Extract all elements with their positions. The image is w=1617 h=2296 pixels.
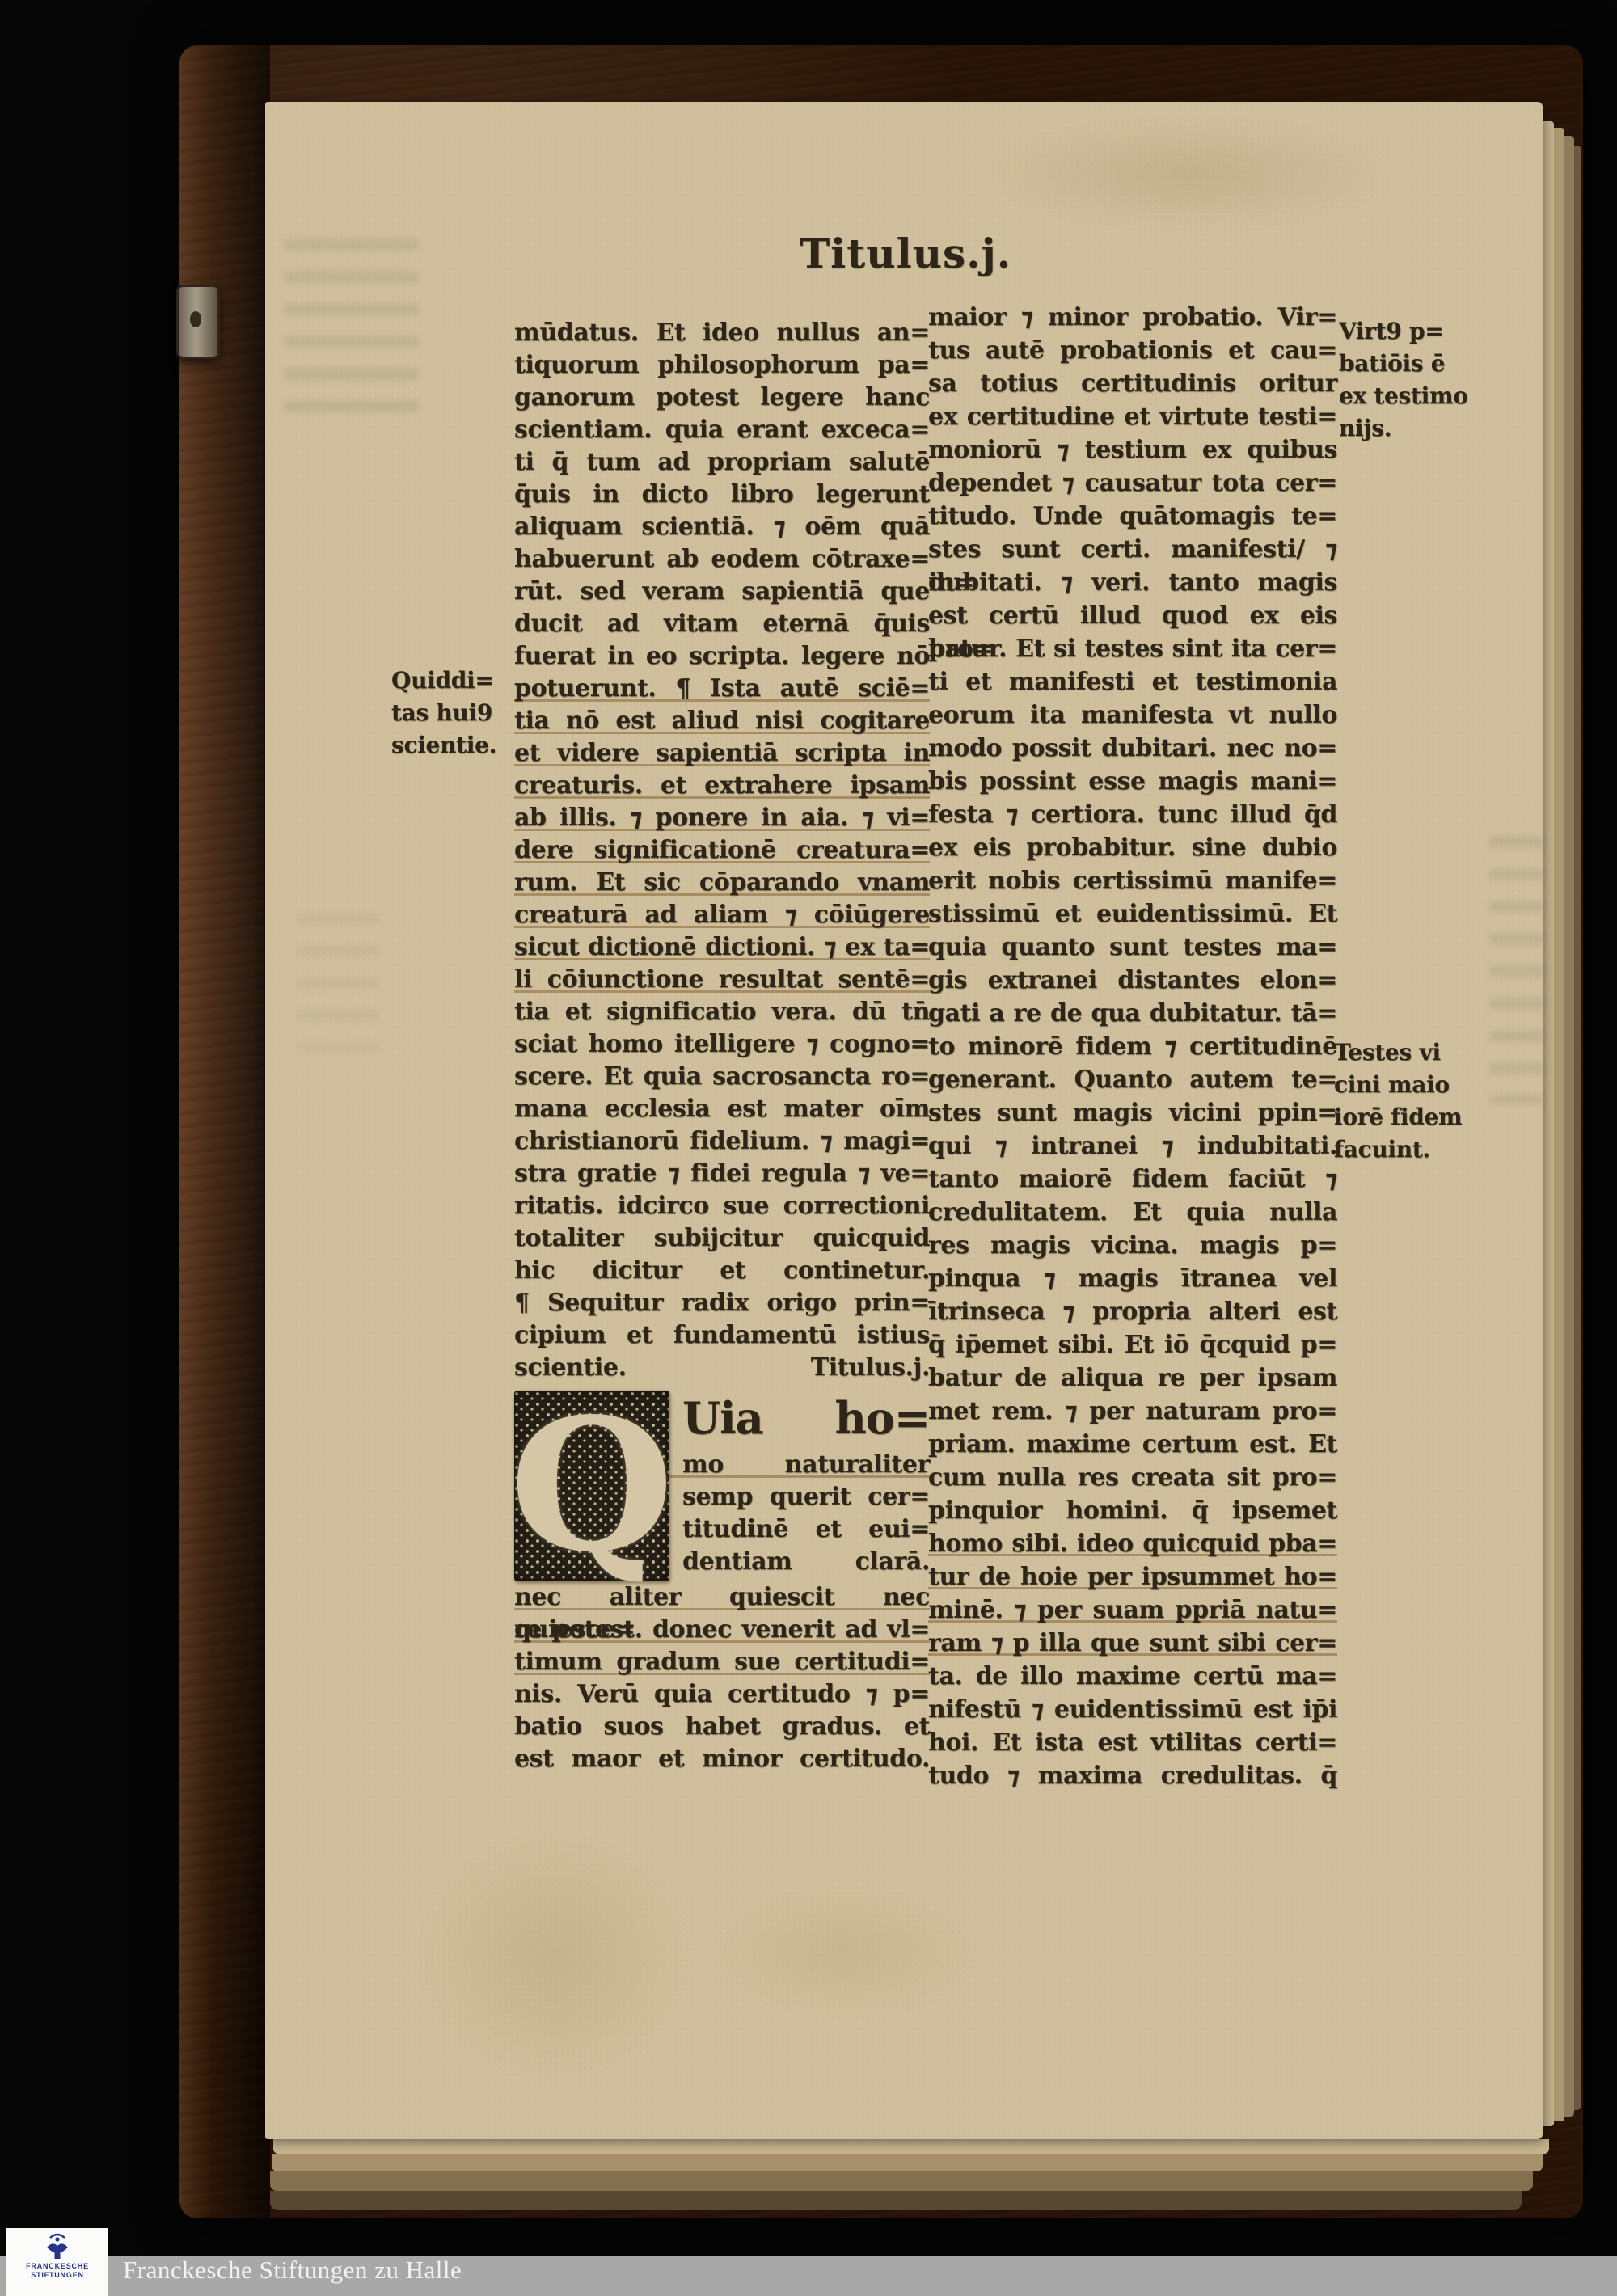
text-line: homo sibi. ideo quicquid pba=: [928, 1527, 1337, 1560]
logo-line2: STIFTUNGEN: [31, 2271, 84, 2279]
text-line: habuerunt ab eodem cōtraxe=: [514, 543, 930, 576]
margin-note-right-middle: Testes vicini maioiorē fidemfacuint.: [1334, 1036, 1536, 1166]
text-line: hoi. Et ista est vtilitas certi=: [928, 1726, 1337, 1759]
text-line: ex certitudine et virtute testi=: [928, 400, 1337, 433]
text-line: mana ecclesia est mater oīm: [514, 1093, 930, 1125]
text-line: nis. Verū quia certitudo ⁊ p=: [514, 1678, 930, 1711]
text-line: tia nō est aliud nisi cogitare: [514, 705, 930, 737]
text-line: ram ⁊ p illa que sunt sibi cer=: [928, 1627, 1337, 1660]
woodcut-initial: Q: [514, 1391, 669, 1581]
text-line: stissimū et euidentissimū. Et: [928, 897, 1337, 931]
text-line: stes sunt certi. manifesti/ ⁊ in=: [928, 533, 1337, 566]
text-line: ¶ Sequitur radix origo prin=: [514, 1287, 930, 1319]
text-line: nifestū ⁊ euidentissimū est ip̄i: [928, 1693, 1337, 1726]
text-line: tiquorum philosophorum pa=: [514, 349, 930, 382]
text-line: dependet ⁊ causatur tota cer=: [928, 466, 1337, 500]
page-edge-bottom: [270, 2191, 1522, 2210]
text-line: gis extranei distantes elon=: [928, 964, 1337, 997]
text-line: ex eis probabitur. sine dubio: [928, 831, 1337, 864]
bleedthrough-text: [298, 914, 378, 1051]
text-line: sa totius certitudinis oritur: [928, 367, 1337, 400]
text-line: stes sunt magis vicini ppin=: [928, 1096, 1337, 1129]
page-edge-bottom: [270, 2171, 1533, 2191]
text-line: res magis vicina. magis p=: [928, 1229, 1337, 1262]
bleedthrough-text: [285, 239, 418, 413]
text-line: minē. ⁊ per suam ppriā natu=: [928, 1593, 1337, 1627]
institution-logo: FRANCKESCHE STIFTUNGEN: [6, 2228, 108, 2296]
text-line: potuerunt. ¶ Ista autē sciē=: [514, 673, 930, 705]
text-line: ducit ad vitam eternā q̄uis: [514, 608, 930, 640]
text-line: christianorū fidelium. ⁊ magi=: [514, 1125, 930, 1158]
book-clasp: [176, 285, 220, 359]
initial-letter: Q: [509, 1391, 674, 1581]
scan-background: Titulus.j. Quiddi=tas hui9scientie. Virt…: [0, 0, 1617, 2296]
inline-title: Titulus.j.: [811, 1352, 930, 1384]
text-line: dubitati. ⁊ veri. tanto magis: [928, 566, 1337, 599]
text-line: ta. de illo maxime certū ma=: [928, 1660, 1337, 1693]
margin-note-left: Quiddi=tas hui9scientie.: [391, 665, 513, 762]
text-column-right: maior ⁊ minor probatio. Vir=tus autē pro…: [928, 301, 1337, 1792]
page-edge-right: [1554, 128, 1564, 2121]
text-line: ganorum potest legere hanc: [514, 382, 930, 414]
text-line: est certū illud quod ex eis pro=: [928, 599, 1337, 632]
column-lines: maior ⁊ minor probatio. Vir=tus autē pro…: [928, 301, 1337, 1792]
text-line: tia et significatio vera. dū tn̄: [514, 996, 930, 1028]
text-line: li cōiunctione resultat sentē=: [514, 964, 930, 996]
francke-emblem-icon: [44, 2232, 70, 2260]
page-edge-right: [1574, 146, 1581, 2110]
text-line: fuerat in eo scripta. legere nō: [514, 640, 930, 673]
page-edge-bottom: [272, 2154, 1543, 2171]
text-line: ab illis. ⁊ ponere in aia. ⁊ vi=: [514, 802, 930, 834]
text-line: quia quanto sunt testes ma=: [928, 931, 1337, 964]
text-line: totaliter subijcitur quicquid: [514, 1222, 930, 1255]
text-line: batiōis ē: [1339, 348, 1541, 380]
column-lines: mūdatus. Et ideo nullus an=tiquorum phil…: [514, 317, 930, 1352]
page-edge-bottom: [273, 2139, 1549, 2154]
logo-caption: FRANCKESCHE STIFTUNGEN: [26, 2262, 89, 2280]
text-line: sicut dictionē dictioni. ⁊ ex ta=: [514, 931, 930, 964]
text-line: tas hui9: [391, 697, 513, 729]
margin-note-right-top: Virt9 p=batiōis ēex testimonijs.: [1339, 315, 1541, 445]
paper-stain: [711, 1892, 978, 2013]
text-line: gati a re de qua dubitatur. tā=: [928, 997, 1337, 1030]
text-line: q̄ ip̄emet sibi. Et iō q̄cquid p=: [928, 1328, 1337, 1361]
text-line: ti q̄ tum ad propriam salutē: [514, 446, 930, 479]
text-line: festa ⁊ certiora. tunc illud q̄d: [928, 798, 1337, 831]
text-line: tudo ⁊ maxima credulitas. q̄: [928, 1759, 1337, 1792]
text-line: erit nobis certissimū manife=: [928, 864, 1337, 897]
text-line: cini maio: [1334, 1069, 1536, 1101]
text-line: Testes vi: [1334, 1036, 1536, 1069]
initial-section: Q Uia ho= mo naturalitersemp querit cer=…: [514, 1387, 930, 1775]
text-line: mūdatus. Et ideo nullus an=: [514, 317, 930, 349]
text-line: timum gradum sue certitudi=: [514, 1646, 930, 1678]
text-line: scientiam. quia erant exceca=: [514, 414, 930, 446]
text-line: rūt. sed veram sapientiā que: [514, 576, 930, 608]
text-line: met rem. ⁊ per naturam pro=: [928, 1395, 1337, 1428]
text-line: dere significationē creatura=: [514, 834, 930, 867]
text-line: eorum ita manifesta vt nullo: [928, 699, 1337, 732]
text-line: iorē fidem: [1334, 1101, 1536, 1133]
text-line: est maor et minor certitudo.: [514, 1743, 930, 1775]
text-line: to minorē fidem ⁊ certitudinē: [928, 1030, 1337, 1063]
text-line: sciat homo itelligere ⁊ cogno=: [514, 1028, 930, 1061]
text-line: aliquam scientiā. ⁊ oēm quā: [514, 511, 930, 543]
page-heading: Titulus.j.: [752, 231, 1059, 276]
text-line: modo possit dubitari. nec no=: [928, 732, 1337, 765]
text-line: hic dicitur et continetur.: [514, 1255, 930, 1287]
text-line: pinqua ⁊ magis ītranea vel: [928, 1262, 1337, 1295]
text-line: q̄uis in dicto libro legerunt: [514, 479, 930, 511]
text-line: cum nulla res creata sit pro=: [928, 1461, 1337, 1494]
page-edge-right: [1543, 121, 1554, 2126]
text-line: rum. Et sic cōparando vnam: [514, 867, 930, 899]
text-line: nijs.: [1339, 412, 1541, 445]
after-initial-lines: nec aliter quiescit nec quiesce=re potes…: [514, 1581, 930, 1775]
text-line: qui ⁊ intranei ⁊ indubitati.: [928, 1129, 1337, 1163]
text-line: batur. Et si testes sint ita cer=: [928, 632, 1337, 665]
text-column-left: mūdatus. Et ideo nullus an=tiquorum phil…: [514, 317, 930, 1775]
paper-stain: [420, 1835, 687, 2078]
text-line: ti et manifesti et testimonia: [928, 665, 1337, 699]
text-line: Virt9 p=: [1339, 315, 1541, 348]
text-line: ītrinseca ⁊ propria alteri est: [928, 1295, 1337, 1328]
text-line: tus autē probationis et cau=: [928, 334, 1337, 367]
text-line: tur de hoie per ipsummet ho=: [928, 1560, 1337, 1593]
text-line: pinquior homini. q̄ ipsemet: [928, 1494, 1337, 1527]
text-line: scere. Et quia sacrosancta ro=: [514, 1061, 930, 1093]
footer-label: Franckesche Stiftungen zu Halle: [123, 2256, 462, 2296]
text-line: tanto maiorē fidem faciūt ⁊: [928, 1163, 1337, 1196]
text-line: credulitatem. Et quia nulla: [928, 1196, 1337, 1229]
text-line: re potest. donec venerit ad vl=: [514, 1614, 930, 1646]
text-line: facuint.: [1334, 1133, 1536, 1166]
text-line: titudo. Unde quātomagis te=: [928, 500, 1337, 533]
text-line: stra gratie ⁊ fidei regula ⁊ ve=: [514, 1158, 930, 1190]
text-line: bis possint esse magis mani=: [928, 765, 1337, 798]
text-line: batur de aliqua re per ipsam: [928, 1361, 1337, 1395]
text-line: creaturā ad aliam ⁊ cōiūgere: [514, 899, 930, 931]
text-line: scientie.: [391, 729, 513, 762]
paper-stain: [986, 121, 1391, 226]
text-line: Quiddi=: [391, 665, 513, 697]
text-line: maior ⁊ minor probatio. Vir=: [928, 301, 1337, 334]
logo-line1: FRANCKESCHE: [26, 2262, 89, 2270]
text-line: priam. maxime certum est. Et: [928, 1428, 1337, 1461]
page-edge-right: [1564, 136, 1574, 2117]
text-line: creaturis. et extrahere ipsam: [514, 770, 930, 802]
text-line: ex testimo: [1339, 380, 1541, 412]
text-line: ritatis. idcirco sue correctioni: [514, 1190, 930, 1222]
text-line: moniorū ⁊ testium ex quibus: [928, 433, 1337, 466]
text-line: generant. Quanto autem te=: [928, 1063, 1337, 1096]
text-line: cipium et fundamentū istius: [514, 1319, 930, 1352]
text-line: batio suos habet gradus. et: [514, 1711, 930, 1743]
text-line: et videre sapientiā scripta in: [514, 737, 930, 770]
